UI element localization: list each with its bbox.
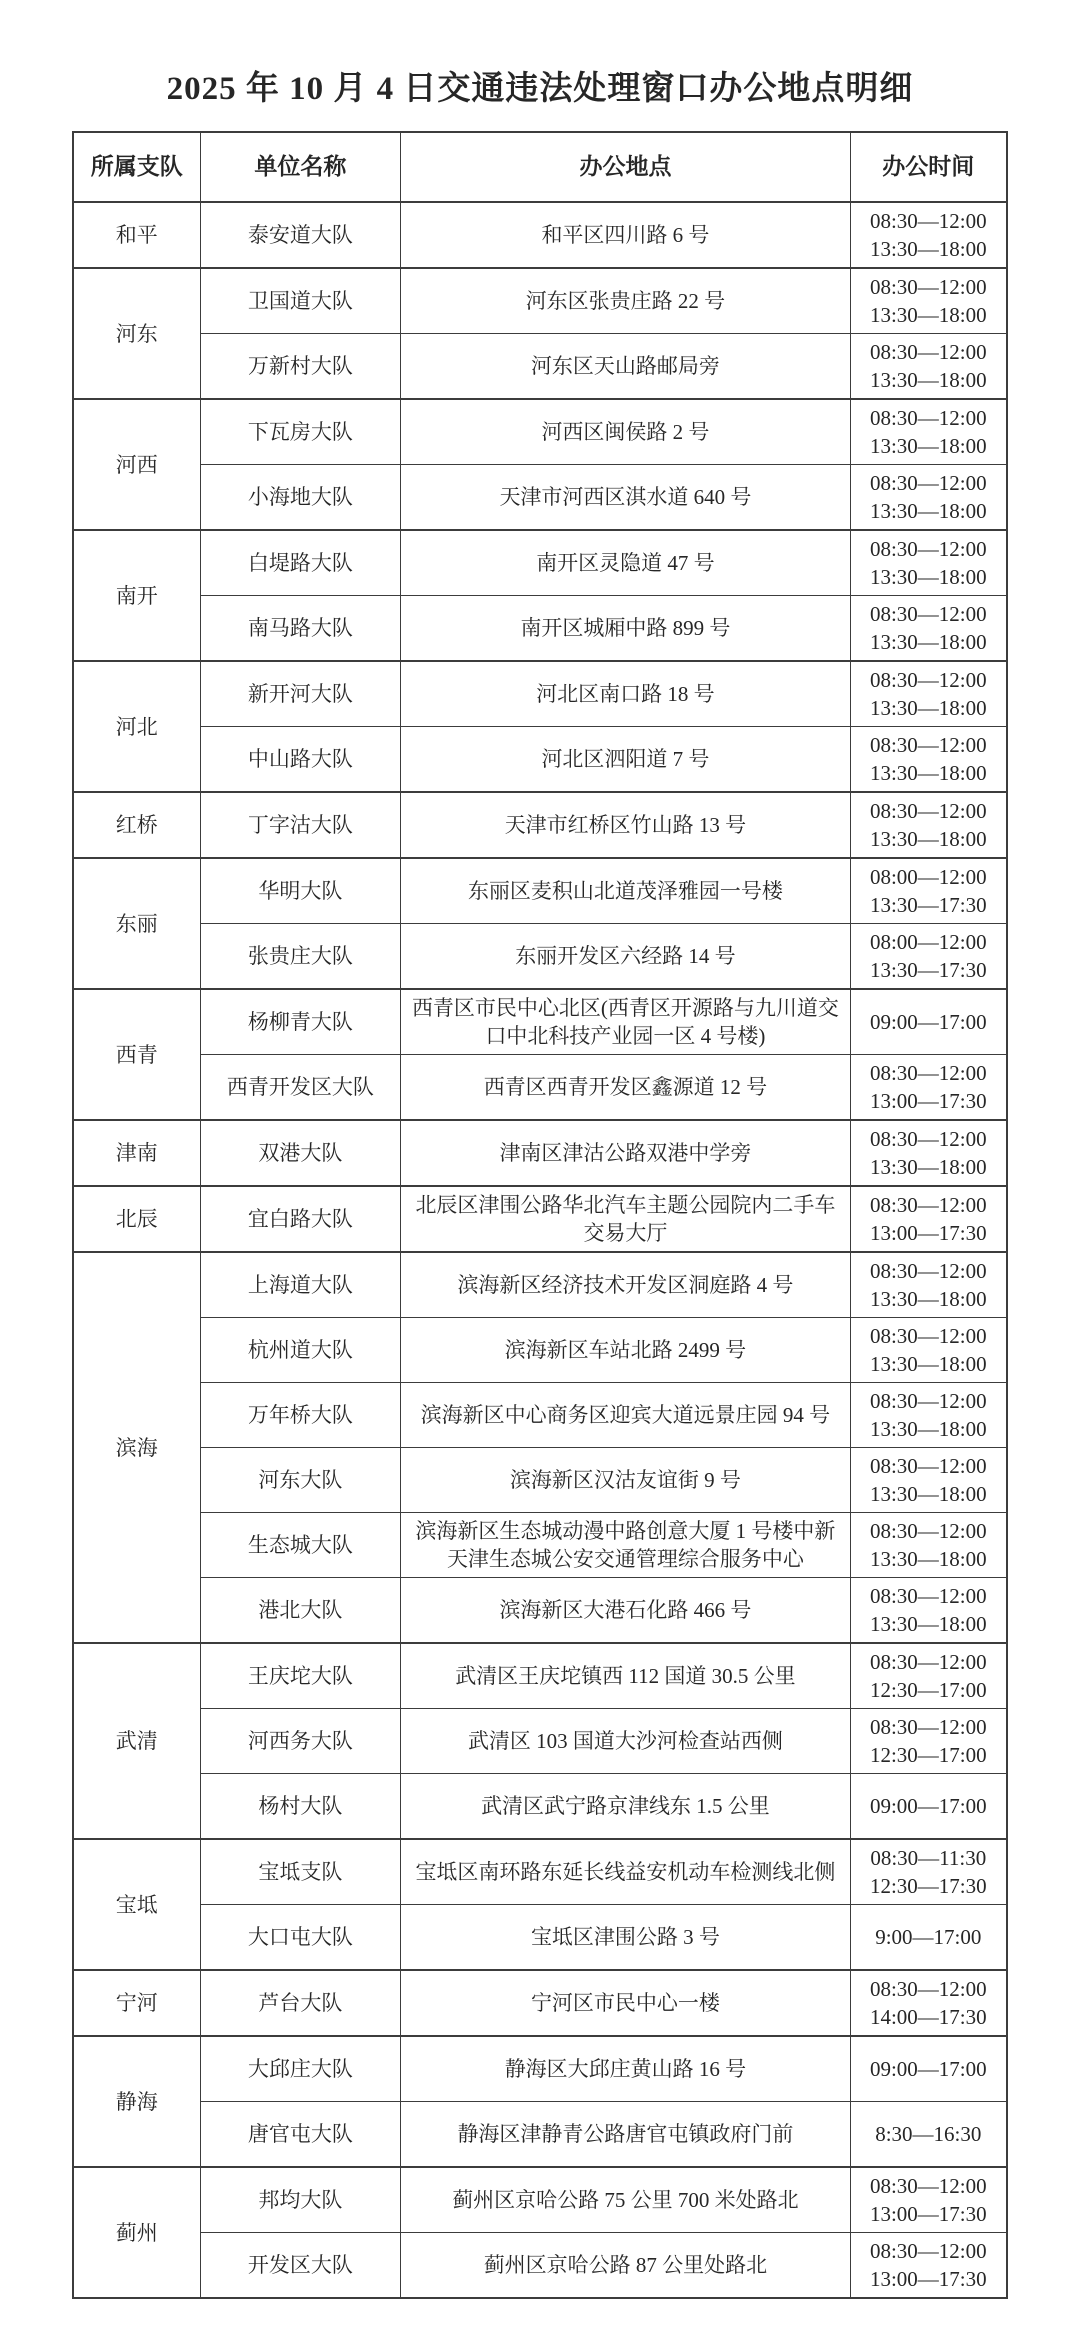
hours-cell: 08:30—12:0013:30—18:00	[850, 1448, 1007, 1513]
unit-cell: 中山路大队	[200, 727, 401, 793]
hours-line: 08:30—12:00	[857, 600, 1000, 628]
unit-cell: 邦均大队	[200, 2167, 401, 2233]
hours-line: 13:30—17:30	[857, 891, 1000, 919]
unit-cell: 丁字沽大队	[200, 792, 401, 858]
detachment-cell: 红桥	[73, 792, 200, 858]
hours-line: 13:30—18:00	[857, 628, 1000, 656]
header-address: 办公地点	[401, 132, 850, 202]
hours-line: 08:30—12:00	[857, 1191, 1000, 1219]
table-row: 万新村大队河东区天山路邮局旁08:30—12:0013:30—18:00	[73, 334, 1007, 400]
detachment-cell: 河东	[73, 268, 200, 399]
unit-cell: 西青开发区大队	[200, 1055, 401, 1121]
hours-line: 08:30—12:00	[857, 1059, 1000, 1087]
hours-line: 13:30—17:30	[857, 956, 1000, 984]
header-hours: 办公时间	[850, 132, 1007, 202]
table-row: 宁河芦台大队宁河区市民中心一楼08:30—12:0014:00—17:30	[73, 1970, 1007, 2036]
address-cell: 河北区南口路 18 号	[401, 661, 850, 727]
hours-line: 08:30—12:00	[857, 338, 1000, 366]
table-row: 河东卫国道大队河东区张贵庄路 22 号08:30—12:0013:30—18:0…	[73, 268, 1007, 334]
hours-cell: 08:30—12:0013:00—17:30	[850, 2233, 1007, 2299]
address-cell: 天津市红桥区竹山路 13 号	[401, 792, 850, 858]
address-cell: 滨海新区汉沽友谊街 9 号	[401, 1448, 850, 1513]
hours-line: 13:00—17:30	[857, 1087, 1000, 1115]
hours-line: 13:30—18:00	[857, 1480, 1000, 1508]
table-row: 生态城大队滨海新区生态城动漫中路创意大厦 1 号楼中新天津生态城公安交通管理综合…	[73, 1513, 1007, 1578]
hours-line: 13:30—18:00	[857, 694, 1000, 722]
hours-cell: 9:00—17:00	[850, 1905, 1007, 1971]
table-row: 静海大邱庄大队静海区大邱庄黄山路 16 号09:00—17:00	[73, 2036, 1007, 2102]
table-header-row: 所属支队 单位名称 办公地点 办公时间	[73, 132, 1007, 202]
hours-line: 08:30—12:00	[857, 1975, 1000, 2003]
hours-line: 13:30—18:00	[857, 497, 1000, 525]
unit-cell: 港北大队	[200, 1578, 401, 1644]
detachment-cell: 南开	[73, 530, 200, 661]
hours-line: 13:30—18:00	[857, 1350, 1000, 1378]
hours-cell: 08:30—12:0013:30—18:00	[850, 1578, 1007, 1644]
hours-cell: 08:30—12:0013:30—18:00	[850, 727, 1007, 793]
hours-cell: 08:30—12:0013:30—18:00	[850, 792, 1007, 858]
hours-line: 13:30—18:00	[857, 235, 1000, 263]
table-row: 开发区大队蓟州区京哈公路 87 公里处路北08:30—12:0013:00—17…	[73, 2233, 1007, 2299]
address-cell: 和平区四川路 6 号	[401, 202, 850, 268]
hours-cell: 08:30—12:0013:30—18:00	[850, 1513, 1007, 1578]
table-row: 唐官屯大队静海区津静青公路唐官屯镇政府门前8:30—16:30	[73, 2102, 1007, 2168]
unit-cell: 河东大队	[200, 1448, 401, 1513]
hours-cell: 08:30—12:0013:30—18:00	[850, 661, 1007, 727]
address-cell: 天津市河西区淇水道 640 号	[401, 465, 850, 531]
hours-cell: 09:00—17:00	[850, 1774, 1007, 1840]
hours-cell: 08:30—12:0012:30—17:00	[850, 1643, 1007, 1709]
detachment-cell: 宝坻	[73, 1839, 200, 1970]
address-cell: 河西区闽侯路 2 号	[401, 399, 850, 465]
hours-cell: 8:30—16:30	[850, 2102, 1007, 2168]
table-row: 小海地大队天津市河西区淇水道 640 号08:30—12:0013:30—18:…	[73, 465, 1007, 531]
header-detachment: 所属支队	[73, 132, 200, 202]
unit-cell: 万新村大队	[200, 334, 401, 400]
detachment-cell: 和平	[73, 202, 200, 268]
unit-cell: 下瓦房大队	[200, 399, 401, 465]
hours-line: 13:00—17:30	[857, 2200, 1000, 2228]
hours-line: 13:30—18:00	[857, 1415, 1000, 1443]
unit-cell: 万年桥大队	[200, 1383, 401, 1448]
hours-cell: 09:00—17:00	[850, 989, 1007, 1055]
table-row: 北辰宜白路大队北辰区津围公路华北汽车主题公园院内二手车交易大厅08:30—12:…	[73, 1186, 1007, 1252]
hours-cell: 08:30—12:0013:30—18:00	[850, 596, 1007, 662]
table-row: 港北大队滨海新区大港石化路 466 号08:30—12:0013:30—18:0…	[73, 1578, 1007, 1644]
address-cell: 东丽开发区六经路 14 号	[401, 924, 850, 990]
unit-cell: 张贵庄大队	[200, 924, 401, 990]
address-cell: 南开区城厢中路 899 号	[401, 596, 850, 662]
unit-cell: 白堤路大队	[200, 530, 401, 596]
hours-cell: 08:00—12:0013:30—17:30	[850, 858, 1007, 924]
address-cell: 滨海新区生态城动漫中路创意大厦 1 号楼中新天津生态城公安交通管理综合服务中心	[401, 1513, 850, 1578]
hours-line: 08:30—12:00	[857, 1648, 1000, 1676]
table-row: 西青开发区大队西青区西青开发区鑫源道 12 号08:30—12:0013:00—…	[73, 1055, 1007, 1121]
header-unit: 单位名称	[200, 132, 401, 202]
hours-cell: 08:30—12:0013:00—17:30	[850, 1186, 1007, 1252]
table-row: 河北新开河大队河北区南口路 18 号08:30—12:0013:30—18:00	[73, 661, 1007, 727]
hours-cell: 09:00—17:00	[850, 2036, 1007, 2102]
address-cell: 河东区天山路邮局旁	[401, 334, 850, 400]
hours-line: 08:30—12:00	[857, 731, 1000, 759]
address-cell: 南开区灵隐道 47 号	[401, 530, 850, 596]
unit-cell: 开发区大队	[200, 2233, 401, 2299]
unit-cell: 杨村大队	[200, 1774, 401, 1840]
table-row: 武清王庆坨大队武清区王庆坨镇西 112 国道 30.5 公里08:30—12:0…	[73, 1643, 1007, 1709]
unit-cell: 卫国道大队	[200, 268, 401, 334]
address-cell: 滨海新区经济技术开发区洞庭路 4 号	[401, 1252, 850, 1318]
hours-line: 12:30—17:30	[857, 1872, 1000, 1900]
detachment-cell: 河北	[73, 661, 200, 792]
address-cell: 河北区泗阳道 7 号	[401, 727, 850, 793]
table-row: 河东大队滨海新区汉沽友谊街 9 号08:30—12:0013:30—18:00	[73, 1448, 1007, 1513]
detachment-cell: 蓟州	[73, 2167, 200, 2298]
hours-line: 09:00—17:00	[857, 2055, 1000, 2083]
address-cell: 河东区张贵庄路 22 号	[401, 268, 850, 334]
hours-line: 08:00—12:00	[857, 863, 1000, 891]
table-row: 河西下瓦房大队河西区闽侯路 2 号08:30—12:0013:30—18:00	[73, 399, 1007, 465]
hours-line: 13:00—17:30	[857, 2265, 1000, 2293]
hours-cell: 08:30—12:0013:30—18:00	[850, 465, 1007, 531]
address-cell: 宝坻区津围公路 3 号	[401, 1905, 850, 1971]
unit-cell: 宝坻支队	[200, 1839, 401, 1905]
address-cell: 静海区大邱庄黄山路 16 号	[401, 2036, 850, 2102]
address-cell: 滨海新区中心商务区迎宾大道远景庄园 94 号	[401, 1383, 850, 1448]
table-row: 万年桥大队滨海新区中心商务区迎宾大道远景庄园 94 号08:30—12:0013…	[73, 1383, 1007, 1448]
unit-cell: 大口屯大队	[200, 1905, 401, 1971]
table-row: 红桥丁字沽大队天津市红桥区竹山路 13 号08:30—12:0013:30—18…	[73, 792, 1007, 858]
address-cell: 北辰区津围公路华北汽车主题公园院内二手车交易大厅	[401, 1186, 850, 1252]
address-cell: 滨海新区车站北路 2499 号	[401, 1318, 850, 1383]
unit-cell: 唐官屯大队	[200, 2102, 401, 2168]
hours-cell: 08:30—12:0013:30—18:00	[850, 1318, 1007, 1383]
hours-cell: 08:30—12:0013:00—17:30	[850, 2167, 1007, 2233]
table-row: 和平泰安道大队和平区四川路 6 号08:30—12:0013:30—18:00	[73, 202, 1007, 268]
hours-line: 08:00—12:00	[857, 928, 1000, 956]
hours-line: 08:30—12:00	[857, 1322, 1000, 1350]
hours-line: 08:30—12:00	[857, 2237, 1000, 2265]
hours-line: 13:30—18:00	[857, 1153, 1000, 1181]
unit-cell: 生态城大队	[200, 1513, 401, 1578]
hours-line: 08:30—12:00	[857, 207, 1000, 235]
hours-cell: 08:30—12:0013:30—18:00	[850, 1383, 1007, 1448]
hours-line: 9:00—17:00	[857, 1923, 1000, 1951]
hours-cell: 08:30—12:0013:30—18:00	[850, 268, 1007, 334]
table-row: 中山路大队河北区泗阳道 7 号08:30—12:0013:30—18:00	[73, 727, 1007, 793]
detachment-cell: 滨海	[73, 1252, 200, 1643]
hours-line: 08:30—12:00	[857, 1387, 1000, 1415]
table-row: 杭州道大队滨海新区车站北路 2499 号08:30—12:0013:30—18:…	[73, 1318, 1007, 1383]
address-cell: 武清区武宁路京津线东 1.5 公里	[401, 1774, 850, 1840]
table-row: 滨海上海道大队滨海新区经济技术开发区洞庭路 4 号08:30—12:0013:3…	[73, 1252, 1007, 1318]
detachment-cell: 河西	[73, 399, 200, 530]
hours-line: 13:30—18:00	[857, 759, 1000, 787]
table-row: 南开白堤路大队南开区灵隐道 47 号08:30—12:0013:30—18:00	[73, 530, 1007, 596]
hours-line: 08:30—12:00	[857, 797, 1000, 825]
hours-line: 12:30—17:00	[857, 1741, 1000, 1769]
unit-cell: 大邱庄大队	[200, 2036, 401, 2102]
table-row: 南马路大队南开区城厢中路 899 号08:30—12:0013:30—18:00	[73, 596, 1007, 662]
address-cell: 蓟州区京哈公路 87 公里处路北	[401, 2233, 850, 2299]
address-cell: 武清区王庆坨镇西 112 国道 30.5 公里	[401, 1643, 850, 1709]
office-schedule-table: 所属支队 单位名称 办公地点 办公时间 和平泰安道大队和平区四川路 6 号08:…	[72, 131, 1008, 2299]
table-row: 东丽华明大队东丽区麦积山北道茂泽雅园一号楼08:00—12:0013:30—17…	[73, 858, 1007, 924]
table-row: 河西务大队武清区 103 国道大沙河检查站西侧08:30—12:0012:30—…	[73, 1709, 1007, 1774]
hours-line: 08:30—12:00	[857, 1517, 1000, 1545]
hours-line: 08:30—12:00	[857, 404, 1000, 432]
address-cell: 静海区津静青公路唐官屯镇政府门前	[401, 2102, 850, 2168]
detachment-cell: 宁河	[73, 1970, 200, 2036]
hours-line: 08:30—12:00	[857, 535, 1000, 563]
detachment-cell: 武清	[73, 1643, 200, 1839]
hours-cell: 08:30—12:0013:30—18:00	[850, 334, 1007, 400]
unit-cell: 杨柳青大队	[200, 989, 401, 1055]
address-cell: 东丽区麦积山北道茂泽雅园一号楼	[401, 858, 850, 924]
hours-line: 08:30—12:00	[857, 1582, 1000, 1610]
hours-line: 13:30—18:00	[857, 301, 1000, 329]
table-row: 杨村大队武清区武宁路京津线东 1.5 公里09:00—17:00	[73, 1774, 1007, 1840]
detachment-cell: 津南	[73, 1120, 200, 1186]
unit-cell: 河西务大队	[200, 1709, 401, 1774]
hours-line: 09:00—17:00	[857, 1792, 1000, 1820]
table-row: 张贵庄大队东丽开发区六经路 14 号08:00—12:0013:30—17:30	[73, 924, 1007, 990]
table-row: 西青杨柳青大队西青区市民中心北区(西青区开源路与九川道交口中北科技产业园一区 4…	[73, 989, 1007, 1055]
detachment-cell: 东丽	[73, 858, 200, 989]
hours-line: 08:30—11:30	[857, 1844, 1000, 1872]
unit-cell: 泰安道大队	[200, 202, 401, 268]
hours-cell: 08:30—12:0013:30—18:00	[850, 202, 1007, 268]
hours-cell: 08:00—12:0013:30—17:30	[850, 924, 1007, 990]
hours-line: 08:30—12:00	[857, 469, 1000, 497]
hours-cell: 08:30—12:0014:00—17:30	[850, 1970, 1007, 2036]
table-row: 宝坻宝坻支队宝坻区南环路东延长线益安机动车检测线北侧08:30—11:3012:…	[73, 1839, 1007, 1905]
hours-line: 13:30—18:00	[857, 825, 1000, 853]
hours-line: 13:30—18:00	[857, 1545, 1000, 1573]
unit-cell: 双港大队	[200, 1120, 401, 1186]
address-cell: 蓟州区京哈公路 75 公里 700 米处路北	[401, 2167, 850, 2233]
hours-cell: 08:30—12:0013:30—18:00	[850, 1120, 1007, 1186]
page-title: 2025 年 10 月 4 日交通违法处理窗口办公地点明细	[0, 62, 1080, 109]
hours-cell: 08:30—12:0013:00—17:30	[850, 1055, 1007, 1121]
page: 2025 年 10 月 4 日交通违法处理窗口办公地点明细 所属支队 单位名称 …	[0, 0, 1080, 2341]
hours-cell: 08:30—12:0013:30—18:00	[850, 1252, 1007, 1318]
hours-cell: 08:30—12:0013:30—18:00	[850, 399, 1007, 465]
hours-line: 09:00—17:00	[857, 1008, 1000, 1036]
hours-line: 08:30—12:00	[857, 1452, 1000, 1480]
address-cell: 滨海新区大港石化路 466 号	[401, 1578, 850, 1644]
table-body: 和平泰安道大队和平区四川路 6 号08:30—12:0013:30—18:00河…	[73, 202, 1007, 2298]
unit-cell: 宜白路大队	[200, 1186, 401, 1252]
hours-line: 14:00—17:30	[857, 2003, 1000, 2031]
hours-line: 08:30—12:00	[857, 2172, 1000, 2200]
address-cell: 武清区 103 国道大沙河检查站西侧	[401, 1709, 850, 1774]
detachment-cell: 西青	[73, 989, 200, 1120]
hours-line: 13:30—18:00	[857, 1285, 1000, 1313]
hours-cell: 08:30—12:0013:30—18:00	[850, 530, 1007, 596]
detachment-cell: 静海	[73, 2036, 200, 2167]
hours-line: 08:30—12:00	[857, 273, 1000, 301]
hours-line: 13:30—18:00	[857, 563, 1000, 591]
table-row: 蓟州邦均大队蓟州区京哈公路 75 公里 700 米处路北08:30—12:001…	[73, 2167, 1007, 2233]
hours-line: 13:00—17:30	[857, 1219, 1000, 1247]
unit-cell: 南马路大队	[200, 596, 401, 662]
hours-line: 12:30—17:00	[857, 1676, 1000, 1704]
hours-line: 08:30—12:00	[857, 666, 1000, 694]
hours-line: 08:30—12:00	[857, 1257, 1000, 1285]
unit-cell: 新开河大队	[200, 661, 401, 727]
table-row: 大口屯大队宝坻区津围公路 3 号9:00—17:00	[73, 1905, 1007, 1971]
hours-cell: 08:30—12:0012:30—17:00	[850, 1709, 1007, 1774]
unit-cell: 小海地大队	[200, 465, 401, 531]
unit-cell: 上海道大队	[200, 1252, 401, 1318]
hours-cell: 08:30—11:3012:30—17:30	[850, 1839, 1007, 1905]
hours-line: 13:30—18:00	[857, 1610, 1000, 1638]
unit-cell: 华明大队	[200, 858, 401, 924]
address-cell: 西青区市民中心北区(西青区开源路与九川道交口中北科技产业园一区 4 号楼)	[401, 989, 850, 1055]
address-cell: 津南区津沽公路双港中学旁	[401, 1120, 850, 1186]
address-cell: 宁河区市民中心一楼	[401, 1970, 850, 2036]
unit-cell: 王庆坨大队	[200, 1643, 401, 1709]
detachment-cell: 北辰	[73, 1186, 200, 1252]
hours-line: 8:30—16:30	[857, 2120, 1000, 2148]
unit-cell: 杭州道大队	[200, 1318, 401, 1383]
hours-line: 08:30—12:00	[857, 1125, 1000, 1153]
unit-cell: 芦台大队	[200, 1970, 401, 2036]
hours-line: 13:30—18:00	[857, 432, 1000, 460]
hours-line: 13:30—18:00	[857, 366, 1000, 394]
address-cell: 西青区西青开发区鑫源道 12 号	[401, 1055, 850, 1121]
hours-line: 08:30—12:00	[857, 1713, 1000, 1741]
address-cell: 宝坻区南环路东延长线益安机动车检测线北侧	[401, 1839, 850, 1905]
table-row: 津南双港大队津南区津沽公路双港中学旁08:30—12:0013:30—18:00	[73, 1120, 1007, 1186]
